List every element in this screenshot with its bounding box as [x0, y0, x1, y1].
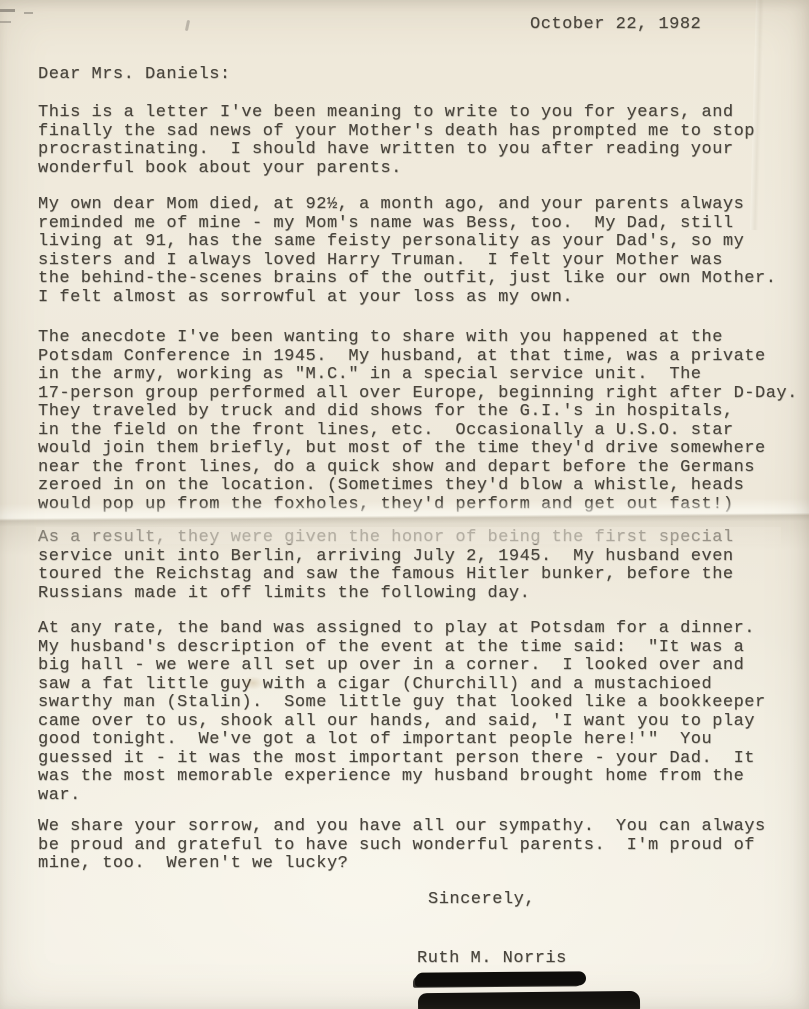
scan-artifact — [0, 9, 15, 12]
paragraph-3: The anecdote I've been wanting to share … — [38, 329, 809, 514]
scan-artifact — [0, 21, 11, 23]
scan-artifact — [185, 20, 190, 31]
salutation: Dear Mrs. Daniels: — [38, 66, 231, 85]
scan-artifact — [24, 12, 33, 14]
paragraph-4: As a result, they were given the honor o… — [38, 529, 809, 603]
paragraph-6: We share your sorrow, and you have all o… — [38, 818, 809, 874]
paragraph-5: At any rate, the band was assigned to pl… — [38, 620, 809, 805]
redaction-bar-2 — [418, 991, 640, 1009]
letter-page: October 22, 1982 Dear Mrs. Daniels: This… — [0, 0, 809, 1009]
signature-name: Ruth M. Norris — [417, 950, 567, 969]
paragraph-2: My own dear Mom died, at 92½, a month ag… — [38, 196, 809, 307]
letter-date: October 22, 1982 — [530, 16, 701, 35]
redaction-bar-1 — [415, 971, 586, 986]
closing: Sincerely, — [428, 891, 535, 910]
paragraph-1: This is a letter I've been meaning to wr… — [38, 104, 809, 178]
